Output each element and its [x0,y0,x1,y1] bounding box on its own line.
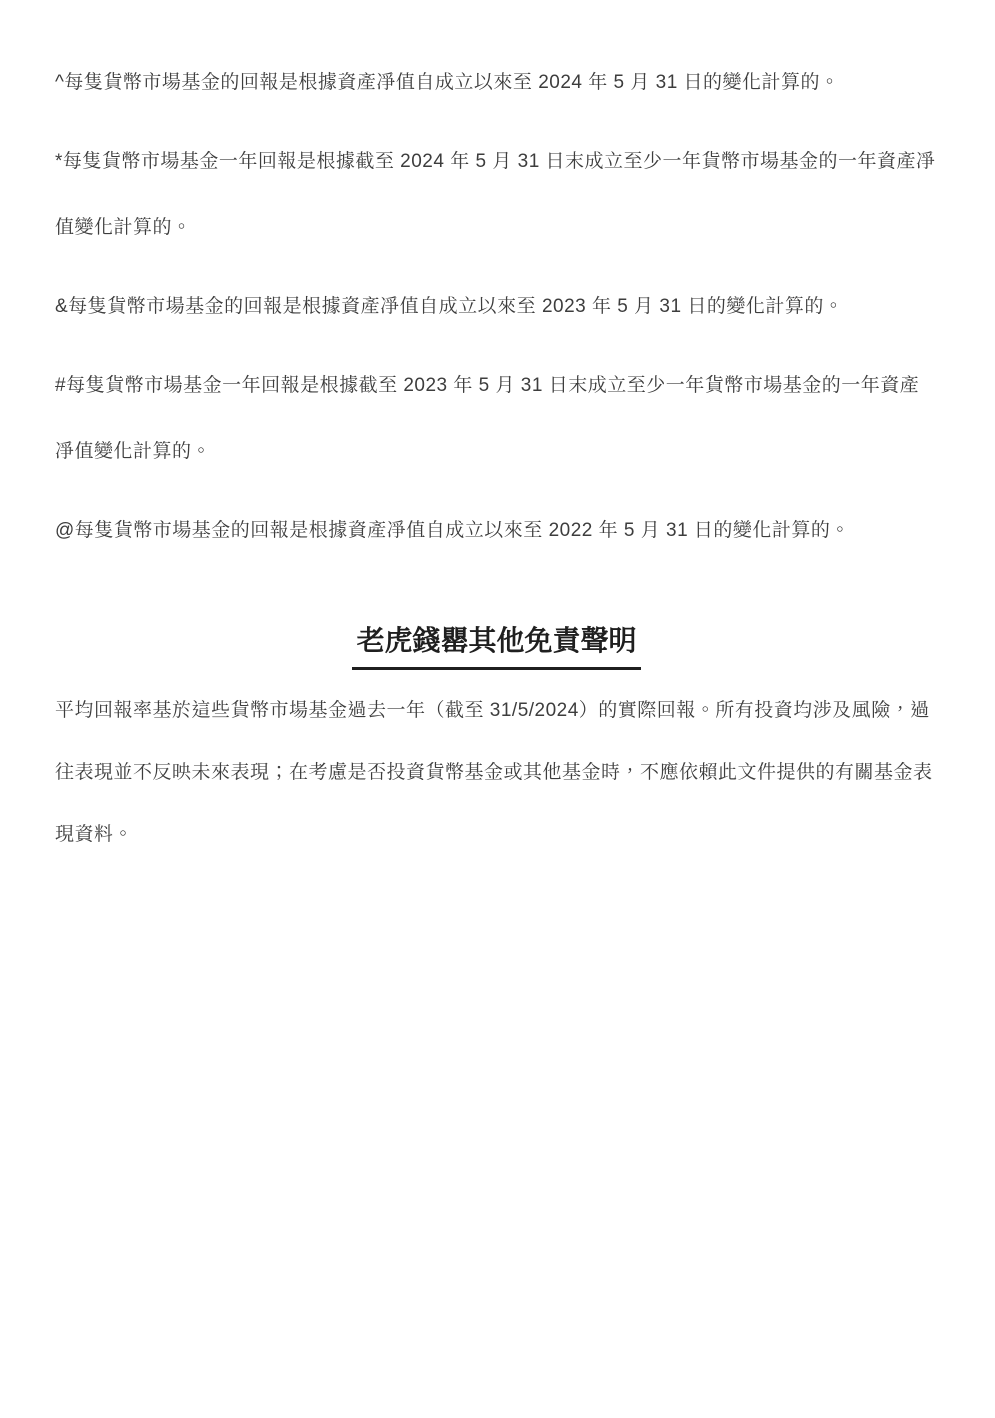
footnote-paragraph-ampersand: &每隻貨幣市場基金的回報是根據資產凈值自成立以來至 2023 年 5 月 31 … [55,274,938,340]
section-title-text: 老虎錢罌其他免責聲明 [352,621,640,670]
footnote-paragraph-asterisk: *每隻貨幣市場基金一年回報是根據截至 2024 年 5 月 31 日末成立至少一… [55,129,938,261]
footnote-paragraph-caret: ^每隻貨幣市場基金的回報是根據資產凈值自成立以來至 2024 年 5 月 31 … [55,50,938,116]
disclaimer-paragraph: 平均回報率基於這些貨幣市場基金過去一年（截至 31/5/2024）的實際回報。所… [55,680,938,866]
document-page: ^每隻貨幣市場基金的回報是根據資產凈值自成立以來至 2024 年 5 月 31 … [0,0,995,1418]
section-title: 老虎錢罌其他免責聲明 [55,621,938,670]
footnote-paragraph-at: @每隻貨幣市場基金的回報是根據資產凈值自成立以來至 2022 年 5 月 31 … [55,498,938,564]
footnote-paragraph-hash: #每隻貨幣市場基金一年回報是根據截至 2023 年 5 月 31 日末成立至少一… [55,353,938,485]
